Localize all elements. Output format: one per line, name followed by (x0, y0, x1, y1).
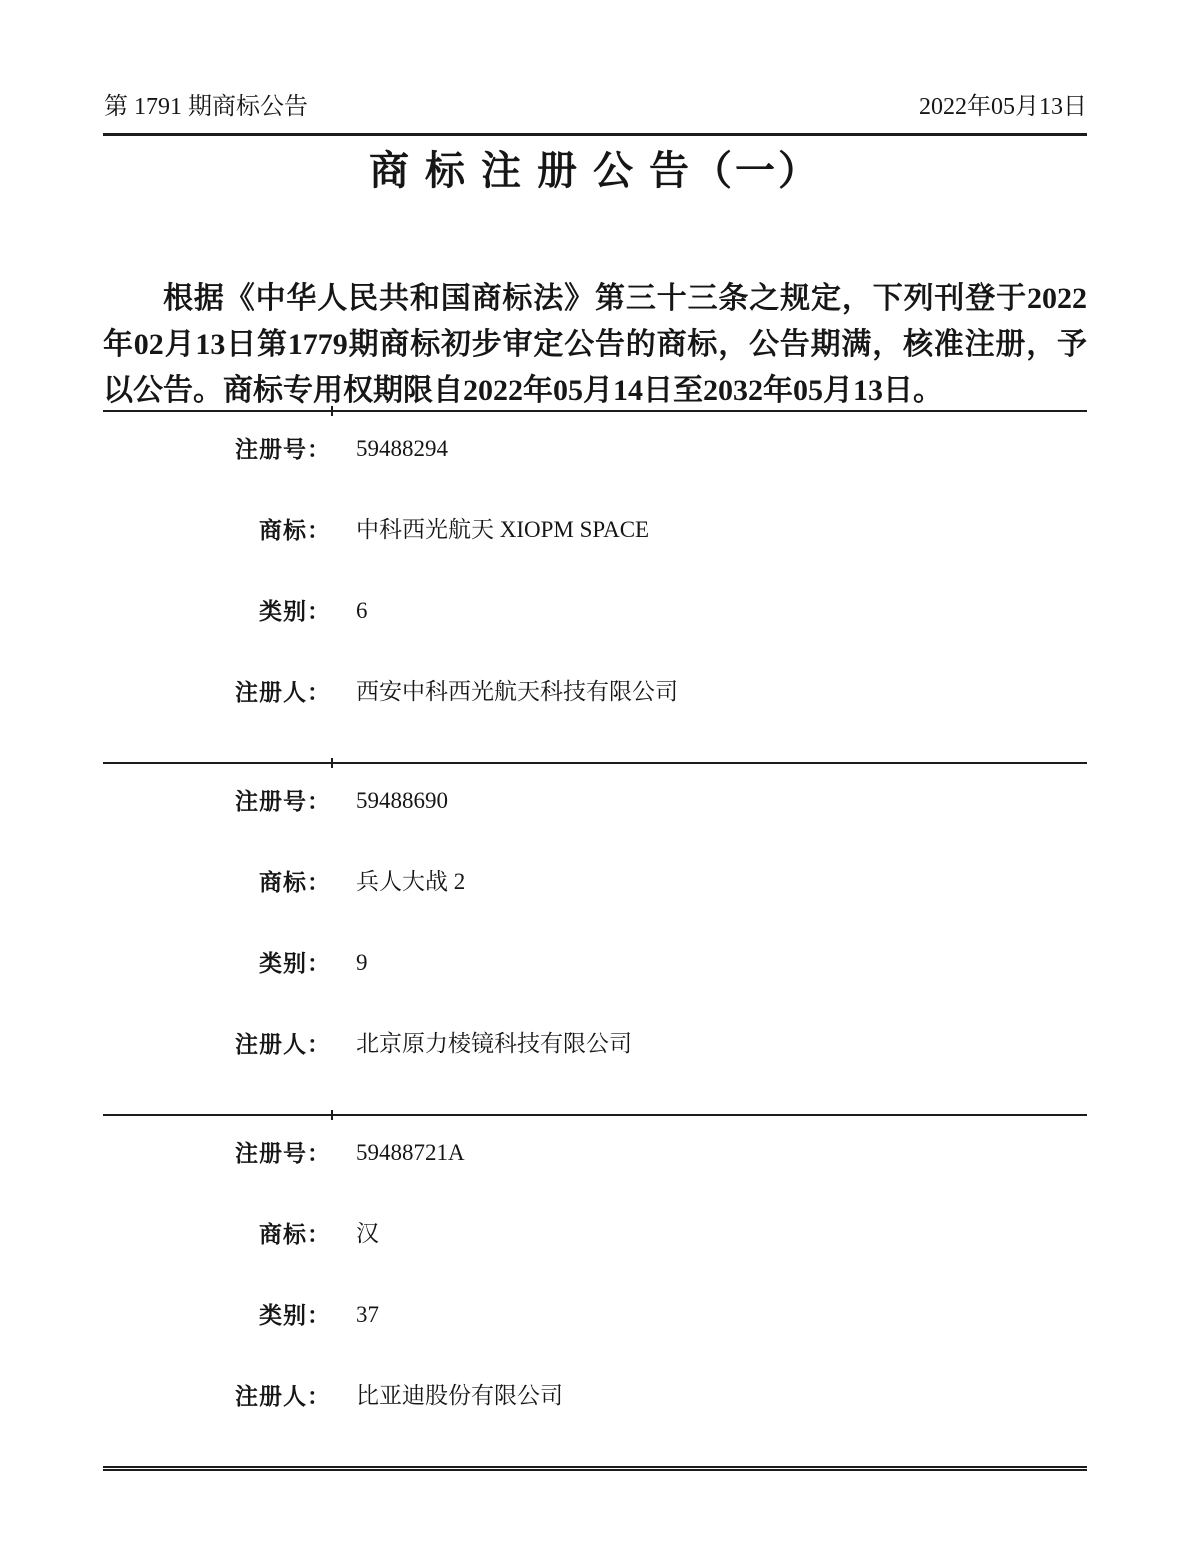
trademark-value: 中科西光航天 XIOPM SPACE (356, 518, 649, 542)
category-label: 类别： (103, 951, 331, 975)
registration-number-label: 注册号： (103, 1141, 331, 1165)
trademark-record: 注册号： 59488690 商标： 兵人大战 2 类别： 9 注册人： 北京原力… (103, 762, 1087, 1114)
category-value: 37 (356, 1303, 379, 1327)
gazette-page: 第 1791 期商标公告 2022年05月13日 商 标 注 册 公 告（一） … (0, 0, 1190, 1564)
category-row: 类别： 37 (103, 1303, 1087, 1327)
category-label: 类别： (103, 1303, 331, 1327)
category-row: 类别： 6 (103, 599, 1087, 623)
trademark-label: 商标： (103, 870, 331, 894)
trademark-record: 注册号： 59488721A 商标： 汉 类别： 37 注册人： 比亚迪股份有限… (103, 1114, 1087, 1466)
page-header: 第 1791 期商标公告 2022年05月13日 (104, 93, 1087, 121)
trademark-row: 商标： 汉 (103, 1222, 1087, 1246)
registrant-row: 注册人： 西安中科西光航天科技有限公司 (103, 680, 1087, 704)
registrant-value: 北京原力棱镜科技有限公司 (356, 1032, 632, 1056)
registrant-value: 西安中科西光航天科技有限公司 (356, 680, 678, 704)
trademark-value: 汉 (356, 1222, 379, 1246)
category-value: 9 (356, 951, 368, 975)
bottom-divider (103, 1466, 1087, 1471)
records-section: 注册号： 59488294 商标： 中科西光航天 XIOPM SPACE 类别：… (103, 410, 1087, 1471)
category-value: 6 (356, 599, 368, 623)
registration-number-label: 注册号： (103, 789, 331, 813)
trademark-label: 商标： (103, 1222, 331, 1246)
intro-paragraph: 根据《中华人民共和国商标法》第三十三条之规定，下列刊登于2022年02月13日第… (103, 276, 1087, 414)
registration-number-value: 59488294 (356, 437, 448, 461)
registration-number-value: 59488690 (356, 789, 448, 813)
registration-number-row: 注册号： 59488294 (103, 437, 1087, 461)
gazette-date-text: 2022年05月13日 (919, 93, 1087, 121)
registrant-label: 注册人： (103, 680, 331, 704)
category-row: 类别： 9 (103, 951, 1087, 975)
registration-number-value: 59488721A (356, 1141, 465, 1165)
registrant-label: 注册人： (103, 1384, 331, 1408)
registration-number-label: 注册号： (103, 437, 331, 461)
trademark-row: 商标： 兵人大战 2 (103, 870, 1087, 894)
registration-number-row: 注册号： 59488721A (103, 1141, 1087, 1165)
header-divider (103, 133, 1087, 136)
trademark-value: 兵人大战 2 (356, 870, 465, 894)
registrant-value: 比亚迪股份有限公司 (356, 1384, 563, 1408)
trademark-row: 商标： 中科西光航天 XIOPM SPACE (103, 518, 1087, 542)
gazette-issue-text: 第 1791 期商标公告 (104, 93, 308, 121)
registrant-label: 注册人： (103, 1032, 331, 1056)
page-title: 商 标 注 册 公 告（一） (0, 147, 1190, 195)
registrant-row: 注册人： 北京原力棱镜科技有限公司 (103, 1032, 1087, 1056)
trademark-label: 商标： (103, 518, 331, 542)
trademark-record: 注册号： 59488294 商标： 中科西光航天 XIOPM SPACE 类别：… (103, 410, 1087, 762)
category-label: 类别： (103, 599, 331, 623)
registrant-row: 注册人： 比亚迪股份有限公司 (103, 1384, 1087, 1408)
registration-number-row: 注册号： 59488690 (103, 789, 1087, 813)
